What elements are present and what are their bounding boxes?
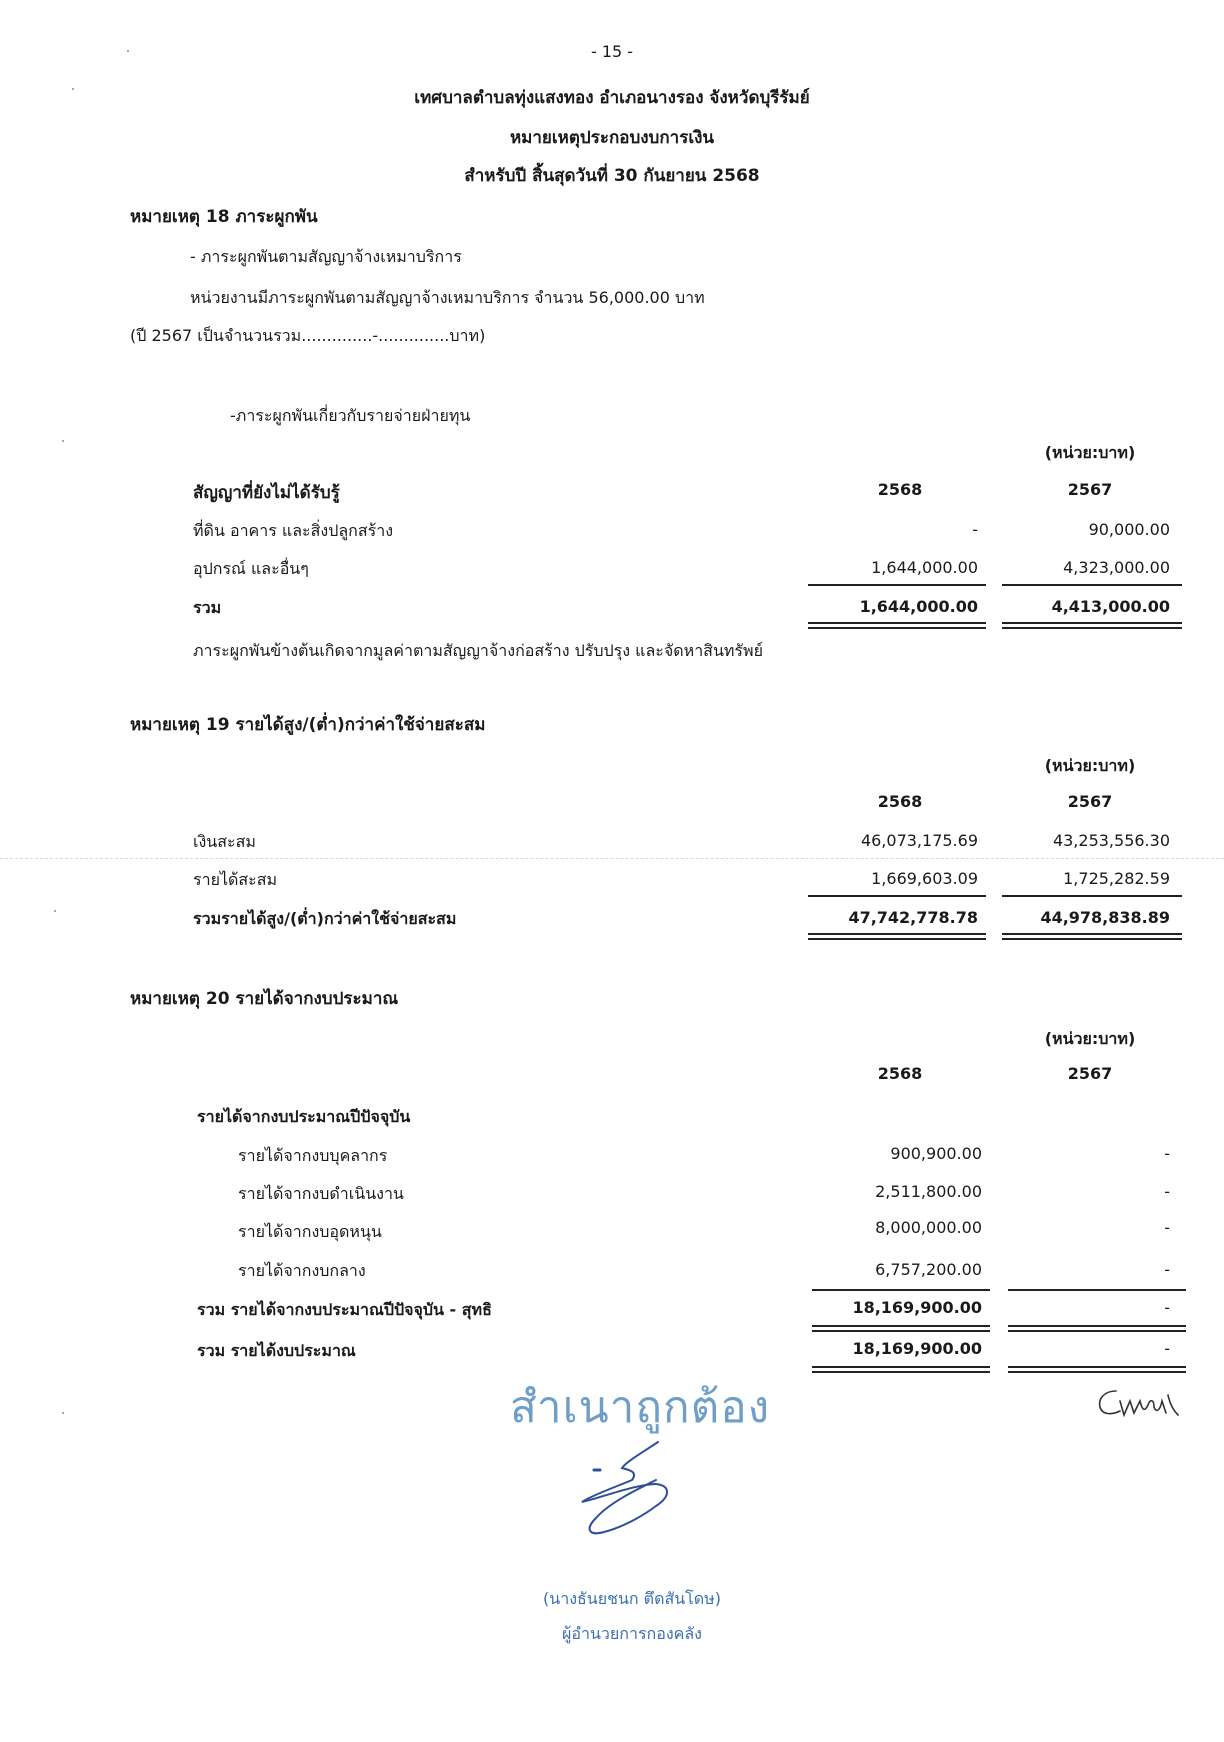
total-2568: 18,169,900.00 [824,1339,982,1358]
note-18-table-title: สัญญาที่ยังไม่ได้รับรู้ [193,479,340,506]
row-label: รายได้สะสม [193,868,277,893]
page-number: - 15 - [0,42,1224,61]
note-18-capital-subheading: -ภาระผูกพันเกี่ยวกับรายจ่ายฝ่ายทุน [230,404,470,429]
subtotal-rule [1002,584,1182,586]
total-double-rule [812,1366,990,1373]
subtotal-double-rule [812,1325,990,1332]
note-19-unit-label: (หน่วย:บาท) [1030,754,1150,779]
subtotal-rule [808,584,986,586]
value-2567: - [1010,1144,1170,1163]
total-2567: - [1010,1339,1170,1358]
value-2567: 1,725,282.59 [1010,869,1170,888]
signer-title: ผู้อำนวยการกองคลัง [0,1622,1224,1647]
subtotal-2568: 18,169,900.00 [824,1298,982,1317]
value-2567: 4,323,000.00 [1010,558,1170,577]
subtotal-rule [808,895,986,897]
reporting-period: สำหรับปี สิ้นสุดวันที่ 30 กันยายน 2568 [0,162,1224,189]
value-2568: 6,757,200.00 [824,1260,982,1279]
total-label: รวม รายได้งบประมาณ [197,1339,356,1364]
note-20-group-title: รายได้จากงบประมาณปีปัจจุบัน [197,1105,410,1130]
total-2568: 1,644,000.00 [820,597,978,616]
total-double-rule [808,622,986,629]
note-18-unit-label: (หน่วย:บาท) [1030,441,1150,466]
total-double-rule [1002,622,1182,629]
column-header-2567: 2567 [1030,480,1150,499]
total-double-rule [808,933,986,940]
initials-icon [1094,1385,1184,1425]
row-label: เงินสะสม [193,830,256,855]
total-label: รวมรายได้สูง/(ต่ำ)กว่าค่าใช้จ่ายสะสม [193,907,456,932]
total-2568: 47,742,778.78 [820,908,978,927]
column-header-2568: 2568 [840,480,960,499]
document-title: หมายเหตุประกอบงบการเงิน [0,124,1224,151]
note-20-unit-label: (หน่วย:บาท) [1030,1027,1150,1052]
value-2567: 90,000.00 [1010,520,1170,539]
row-label: อุปกรณ์ และอื่นๆ [193,557,309,582]
row-label: รายได้จากงบอุดหนุน [238,1220,382,1245]
total-2567: 4,413,000.00 [1010,597,1170,616]
subtotal-rule [812,1289,990,1291]
scan-speck [62,1412,64,1414]
value-2568: 2,511,800.00 [824,1182,982,1201]
column-header-2567: 2567 [1030,792,1150,811]
note-18-service-contract-text: หน่วยงานมีภาระผูกพันตามสัญญาจ้างเหมาบริก… [190,286,705,311]
value-2568: 900,900.00 [824,1144,982,1163]
subtotal-double-rule [1008,1325,1186,1332]
value-2568: 8,000,000.00 [824,1218,982,1237]
certified-copy-stamp: สำเนาถูกต้อง [510,1372,770,1442]
value-2568: 46,073,175.69 [820,831,978,850]
subtotal-2567: - [1010,1298,1170,1317]
value-2567: 43,253,556.30 [1010,831,1170,850]
total-double-rule [1002,933,1182,940]
note-19-heading: หมายเหตุ 19 รายได้สูง/(ต่ำ)กว่าค่าใช้จ่า… [130,711,485,738]
column-header-2568: 2568 [840,792,960,811]
note-18-footnote: ภาระผูกพันข้างต้นเกิดจากมูลค่าตามสัญญาจ้… [193,639,763,664]
subtotal-rule [1002,895,1182,897]
row-label: ที่ดิน อาคาร และสิ่งปลูกสร้าง [193,519,393,544]
note-18-prior-year-text: (ปี 2567 เป็นจำนวนรวม..............-....… [130,324,485,349]
subtotal-label: รวม รายได้จากงบประมาณปีปัจจุบัน - สุทธิ [197,1298,492,1323]
total-double-rule [1008,1366,1186,1373]
note-18-heading: หมายเหตุ 18 ภาระผูกพัน [130,203,318,230]
note-20-heading: หมายเหตุ 20 รายได้จากงบประมาณ [130,985,398,1012]
total-label: รวม [193,596,221,621]
signer-name: (นางธันยชนก ตึดสันโดษ) [0,1587,1224,1612]
note-18-service-contract-subheading: - ภาระผูกพันตามสัญญาจ้างเหมาบริการ [190,245,462,270]
scan-speck [54,910,56,912]
scan-speck [62,440,64,442]
row-label: รายได้จากงบบุคลากร [238,1144,387,1169]
value-2567: - [1010,1218,1170,1237]
value-2567: - [1010,1182,1170,1201]
total-2567: 44,978,838.89 [1010,908,1170,927]
value-2568: - [820,520,978,539]
value-2568: 1,644,000.00 [820,558,978,577]
subtotal-rule [1008,1289,1186,1291]
value-2568: 1,669,603.09 [820,869,978,888]
row-label: รายได้จากงบกลาง [238,1259,366,1284]
organization-name: เทศบาลตำบลทุ่งแสงทอง อำเภอนางรอง จังหวัด… [0,84,1224,111]
row-label: รายได้จากงบดำเนินงาน [238,1182,404,1207]
signature-icon [560,1440,720,1560]
column-header-2568: 2568 [840,1064,960,1083]
value-2567: - [1010,1260,1170,1279]
scan-artifact-line [0,858,1224,859]
column-header-2567: 2567 [1030,1064,1150,1083]
